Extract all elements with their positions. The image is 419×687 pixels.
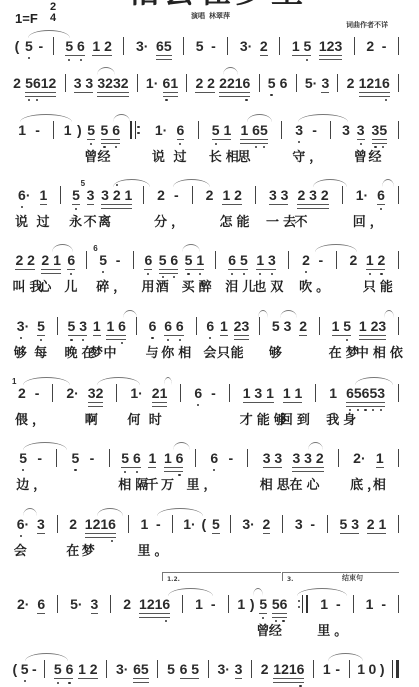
lyric: 中 [103, 347, 120, 361]
note-digit: 3 [378, 318, 386, 334]
note-group: 1 [357, 661, 365, 678]
note-digit: 1 [378, 516, 386, 532]
note-digit: 5 [343, 318, 351, 334]
note-group: 1 65思 [240, 122, 267, 140]
note-group: 1 [237, 596, 245, 613]
note-digit: 2 [66, 385, 74, 401]
note-digit: 6 [163, 75, 171, 91]
note-group: 6与 [149, 318, 157, 335]
volta-bracket-3 [282, 572, 399, 581]
barline [353, 595, 354, 613]
note-group: 1 1回到 [283, 385, 302, 403]
lyric: 只能 [363, 281, 397, 295]
note-group: 65 [133, 661, 149, 679]
note-digit: 1 [266, 385, 274, 401]
composer-credit: 词曲作者不详 [346, 21, 388, 29]
note-digit: 2 [260, 38, 268, 54]
note-group: - [38, 38, 43, 55]
note-digit: 6 [133, 450, 141, 466]
note-group: 1 2只能 [366, 252, 385, 270]
note-digit: · [25, 596, 30, 612]
note-digit: 6 [108, 516, 116, 532]
note-group: - [211, 385, 216, 402]
note-group: 1 [323, 661, 331, 678]
measure: 1·说6过 [142, 122, 198, 140]
note-digit: 5 [141, 661, 149, 677]
note-digit: 5 [87, 122, 95, 138]
note-digit: 5 [21, 661, 29, 677]
barline [281, 121, 282, 139]
measure: 6- [181, 385, 228, 402]
note-group: 1·回， [356, 187, 368, 204]
note-digit: 6 [362, 385, 370, 401]
barline [342, 186, 343, 204]
note-group: 3 3一去 [269, 187, 288, 205]
note-group: 1相 [376, 450, 384, 468]
note-digit: 1 [237, 596, 245, 612]
note-digit: 3 [85, 75, 93, 91]
note-digit: 1 [53, 252, 61, 268]
lyric: 心 [38, 281, 55, 295]
barline [208, 660, 209, 678]
grace-note: 5 [81, 180, 85, 188]
note-digit: 1 [295, 385, 303, 401]
note-digit: · [361, 450, 366, 466]
note-group: ( [13, 661, 18, 678]
note-digit: 2 [347, 75, 355, 91]
note-digit: 5 [340, 516, 348, 532]
measure: (5- [5, 38, 53, 55]
note-digit: 6 [177, 122, 185, 138]
lyric: 千 [145, 479, 162, 493]
lyric: 会 [14, 545, 31, 559]
measure: 56 [260, 75, 296, 92]
measure: 5 61 2 [54, 38, 124, 56]
note-digit: 2 [93, 516, 101, 532]
barline [227, 37, 228, 55]
note-group: 61 [163, 75, 179, 93]
note-group: - [312, 122, 317, 139]
note-digit: 1 [40, 187, 48, 203]
staff: 3·够5每5 3晚在1梦1 6中6与6 6你相6会1只23能5 3够21 5在梦… [5, 318, 399, 336]
slur [28, 30, 70, 38]
lyric: 经 [269, 625, 286, 639]
performer-label: 演唱 [191, 12, 205, 20]
measure: 56 5 [158, 661, 207, 679]
slur [328, 653, 363, 661]
measure: 2·6 [5, 596, 57, 614]
note-digit: 1 [374, 75, 382, 91]
slur [97, 377, 140, 385]
barline [123, 37, 124, 55]
note-group: 53不 [87, 187, 95, 205]
score-line-2: 256123 332321·612 22216565·321216 [0, 75, 419, 91]
lyric: 吹。 [299, 281, 333, 295]
note-group: - [335, 661, 340, 678]
note-group: - [211, 596, 216, 613]
note-digit: 3 [268, 252, 276, 268]
score-line-3: 1-1)5曾5 6经1·说6过5 1长相1 65思3守，-33曾35经 [0, 122, 419, 138]
note-digit: 1 [357, 661, 365, 677]
note-digit: 1 [41, 75, 49, 91]
note-group: 6·会 [17, 516, 29, 533]
note-digit: 2 [234, 187, 242, 203]
note-group: 1 2 [92, 38, 111, 56]
measure: 3·65 [124, 38, 183, 56]
measure: 1 5在梦1 23中相依 [320, 318, 398, 336]
note-digit: 2 [327, 38, 335, 54]
note-digit: 6 [382, 75, 390, 91]
note-digit: - [35, 122, 40, 138]
barline [255, 186, 256, 204]
performer-credit: 演唱林翠萍 [191, 12, 234, 20]
note-group: 5 [212, 516, 220, 534]
note-digit: 3 [263, 450, 271, 466]
note-digit: 5 [240, 252, 248, 268]
barline [130, 121, 136, 139]
note-digit: 3 [321, 75, 329, 91]
measure: 6·说1过 [5, 187, 60, 205]
barline [186, 74, 187, 92]
note-digit: 3 [334, 38, 342, 54]
note-group: 1过 [40, 187, 48, 205]
note-group: 6过 [177, 122, 185, 140]
note-group: 6 6你相 [164, 318, 183, 336]
barline [398, 74, 399, 92]
barline [196, 317, 197, 335]
note-digit: 5 [25, 38, 33, 54]
note-group: 3· [240, 38, 252, 55]
note-digit: 3 [351, 516, 359, 532]
note-digit: 1 [183, 516, 191, 532]
note-digit: 2 [321, 187, 329, 203]
lyric: 不 [294, 216, 311, 230]
note-digit: 2 [349, 252, 357, 268]
lyric: 在 [66, 545, 83, 559]
measure: 6用5 6酒5 1买醉 [134, 252, 215, 270]
measure: 3守，- [282, 122, 330, 139]
note-group: 1里。 [320, 596, 328, 613]
barline [315, 384, 316, 402]
score-line-10: 2·65·3212161-1)5曾56经1里。-1- [0, 596, 419, 612]
slur [168, 588, 213, 596]
note-group: 56经 [272, 596, 288, 614]
note-digit: 3 [372, 122, 380, 138]
note-group: 2· [17, 596, 29, 613]
note-digit: 1 [283, 385, 291, 401]
note-group: 1 2怎能 [222, 187, 241, 205]
note-digit: ) [380, 661, 385, 677]
slur [313, 179, 347, 187]
note-group: 6 [37, 596, 45, 614]
barline [110, 595, 111, 613]
note-digit: 6 [149, 318, 157, 334]
note-group: 1我 [329, 385, 337, 402]
note-digit: 3 [17, 318, 25, 334]
slur [247, 114, 272, 122]
note-group: 1 23中相依 [359, 318, 386, 336]
score-line-1: (5-5 61 23·655-3·21 51232- [0, 38, 419, 54]
note-digit: 5 [25, 75, 33, 91]
note-digit: 2 [147, 596, 155, 612]
note-group: 6会 [206, 318, 214, 335]
note-group: 1 3也双 [256, 252, 275, 270]
note-group: 1千 [148, 450, 156, 468]
note-digit: 5 [70, 596, 78, 612]
note-digit: 3 [88, 385, 96, 401]
note-group: 6 5泪儿 [228, 252, 247, 270]
note-digit: 2 [15, 252, 23, 268]
note-group: 3· [136, 38, 148, 55]
note-digit: 2 [281, 661, 289, 677]
staff: 2 2叫我2 1心6儿65碎，-6用5 6酒5 1买醉6 5泪儿1 3也双2吹。… [5, 252, 399, 270]
note-digit: 1 [289, 661, 297, 677]
barline [302, 595, 308, 613]
measure: 2吹。- [289, 252, 335, 269]
barline [228, 595, 229, 613]
slur [97, 67, 115, 75]
measure: 21 2只能 [337, 252, 398, 270]
measure: 5- [184, 38, 227, 55]
note-digit: - [211, 596, 216, 612]
slur [384, 310, 394, 318]
lyric: 酒 [156, 281, 173, 295]
note-digit: 2 [371, 318, 379, 334]
note-digit: 6 [280, 75, 288, 91]
note-digit: 3 [342, 122, 350, 138]
barline [296, 74, 297, 92]
note-group: - [90, 450, 95, 467]
measure: 5 1长相1 65思 [199, 122, 281, 140]
note-group: 2 [349, 252, 357, 269]
note-digit: 2 [104, 38, 112, 54]
note-digit: 6 [156, 38, 164, 54]
lyric: 时 [149, 414, 166, 428]
score-line-4: 6·说1过5永53不3 2 1离2分，-21 2怎能3 3一去2 3 2不1·回… [0, 187, 419, 203]
barline [398, 37, 399, 55]
lyric: 边， [16, 479, 50, 493]
slur [52, 244, 73, 252]
note-digit: 3 [113, 75, 121, 91]
note-digit: · [74, 385, 79, 401]
note-digit: 3 [377, 385, 385, 401]
measure: 21216 [252, 661, 313, 679]
note-digit: 2 [316, 450, 324, 466]
note-group: 5 [196, 38, 204, 55]
note-digit: 2 [90, 661, 98, 677]
note-digit: 3 [136, 38, 144, 54]
barline [106, 660, 107, 678]
barline [195, 449, 196, 467]
measure: 1里。- [129, 516, 173, 533]
note-group: 5· [305, 75, 317, 92]
note-digit: 5 [212, 516, 220, 532]
note-digit: 3 [37, 516, 45, 532]
note-digit: 6 [33, 75, 41, 91]
note-digit: 5 [72, 187, 80, 203]
barline [133, 251, 134, 269]
slur [173, 179, 210, 187]
lyric: 过 [37, 216, 54, 230]
note-digit: - [319, 252, 324, 268]
note-digit: 1 [323, 661, 331, 677]
note-group: 5 6 [54, 661, 73, 679]
note-group: 3 [37, 516, 45, 534]
slur [20, 114, 72, 122]
note-digit: · [363, 187, 368, 203]
note-group: 1 6万 里， [164, 450, 183, 468]
note-digit: - [310, 516, 315, 532]
lyric: 也双 [253, 281, 287, 295]
lyric: 梦 [82, 545, 99, 559]
note-group: 6用 [144, 252, 152, 270]
measure: 1·61 [138, 75, 187, 93]
barline [56, 449, 57, 467]
ending-phrase-label: 结束句 [342, 575, 363, 582]
note-group: 3· [116, 661, 128, 678]
note-group: 23能 [234, 318, 250, 336]
note-group: 2·底， [353, 450, 365, 467]
measure: (5- [5, 661, 44, 678]
note-digit: - [382, 38, 387, 54]
barline [65, 74, 66, 92]
measure: 3·2 [231, 516, 283, 534]
note-digit: 2 [17, 596, 25, 612]
note-group: 2216 [219, 75, 250, 93]
note-digit: ( [201, 516, 206, 532]
note-group: - [35, 122, 40, 139]
note-digit: 6 [280, 596, 288, 612]
note-digit: ) [250, 596, 255, 612]
barline [198, 121, 199, 139]
note-group: 1 2 [78, 661, 97, 679]
lyric: 在心 [289, 479, 323, 493]
staff: 12偎，-2·32啊1·何21时6-1 3 1才能够1 1回到1我65653身 [5, 385, 399, 403]
note-group: 2 [260, 38, 268, 56]
note-digit: - [37, 450, 42, 466]
time-signature-bottom: 4 [48, 13, 58, 24]
note-digit: 2 [206, 187, 214, 203]
note-group: - [336, 596, 341, 613]
note-digit: 5 [305, 75, 313, 91]
note-digit: - [211, 38, 216, 54]
measure: 5 3晚在1梦1 6中 [58, 318, 136, 336]
barline [180, 384, 181, 402]
note-digit: 1 [359, 318, 367, 334]
note-group: - [37, 450, 42, 467]
note-digit: 2 [367, 516, 375, 532]
note-digit: 6 [164, 318, 172, 334]
barline [398, 121, 399, 139]
note-digit: 1 [125, 187, 133, 203]
lyric: 分， [154, 216, 188, 230]
score-line-7: 12偎，-2·32啊1·何21时6-1 3 1才能够1 1回到1我65653身 [0, 385, 419, 401]
note-digit: 1 [195, 596, 203, 612]
staff: 1-1)5曾5 6经1·说6过5 1长相1 65思3守，-33曾35经 [5, 122, 399, 140]
note-digit: 5 [212, 122, 220, 138]
note-group: ) [77, 122, 82, 139]
measure: 3 3一去2 3 2不 [256, 187, 342, 205]
note-digit: 1 [243, 385, 251, 401]
note-digit: 2 [121, 75, 129, 91]
note-digit: 2 [195, 75, 203, 91]
barline [128, 515, 129, 533]
note-group: - [174, 187, 179, 204]
note-group: 21时 [152, 385, 168, 403]
note-digit: · [25, 516, 30, 532]
note-digit: 3 [309, 187, 317, 203]
note-group: 5 [268, 75, 276, 92]
note-digit: 2 [261, 661, 269, 677]
note-group: 1· [183, 516, 195, 533]
note-group: - [228, 450, 233, 467]
note-digit: 6 [162, 596, 170, 612]
note-group: 3 [91, 596, 99, 614]
note-group: 3曾 [357, 122, 365, 140]
measure: 5永53不3 2 1离 [61, 187, 143, 205]
lyric: 回， [353, 216, 387, 230]
lyric: 每 [34, 347, 51, 361]
barline [336, 251, 337, 269]
note-digit: 1 [332, 318, 340, 334]
note-group: 5 1长相 [212, 122, 231, 140]
lyric: 你相 [161, 347, 195, 361]
note-group: 3 [321, 75, 329, 93]
note-digit: · [250, 516, 255, 532]
lyric: 过 [174, 151, 191, 165]
barline [349, 660, 350, 678]
note-digit: 2 [366, 75, 374, 91]
note-group: 1 3 1才能够 [243, 385, 274, 403]
note-group: 1梦 [93, 318, 101, 336]
measure: 6 5泪儿1 3也双 [216, 252, 289, 270]
slur [123, 310, 137, 318]
note-group: 3 3 [74, 75, 93, 93]
note-digit: 2 [157, 187, 165, 203]
measure: 3·2 [228, 38, 279, 56]
note-group: ) [250, 596, 255, 613]
measure: 1·回，6 [343, 187, 398, 205]
note-digit: 6 [66, 661, 74, 677]
note-group: 35经 [372, 122, 388, 140]
staff: (5-5 61 23·655-3·21 51232- [5, 38, 399, 56]
note-digit: 2 [366, 38, 374, 54]
measure: 6与6 6你相 [137, 318, 196, 336]
barline [398, 384, 399, 402]
measure: 1 3 1才能够1 1回到 [230, 385, 316, 403]
measure: 3 3相思3 3 2在心 [248, 450, 337, 468]
note-digit: · [144, 38, 149, 54]
score-line-5: 2 2叫我2 1心6儿65碎，-6用5 6酒5 1买醉6 5泪儿1 3也双2吹。… [0, 252, 419, 268]
note-digit: 1 [146, 75, 154, 91]
note-digit: 3 [240, 38, 248, 54]
lyric: 万 里， [161, 479, 221, 493]
measure: 1 5123 [280, 38, 354, 56]
slur [157, 508, 203, 516]
barline [398, 449, 399, 467]
note-digit: 6 [377, 187, 385, 203]
note-group: ( [15, 38, 20, 55]
note-group: 5曾 [87, 122, 95, 140]
note-digit: 6 [170, 252, 178, 268]
note-digit: 6 [18, 187, 26, 203]
note-group: 1 [18, 122, 26, 139]
note-group: 2 2叫我 [15, 252, 34, 270]
note-digit: · [124, 661, 129, 677]
note-group: 1 6中 [106, 318, 125, 336]
note-digit: 5 [159, 252, 167, 268]
measure: 2在1216梦 [58, 516, 128, 534]
